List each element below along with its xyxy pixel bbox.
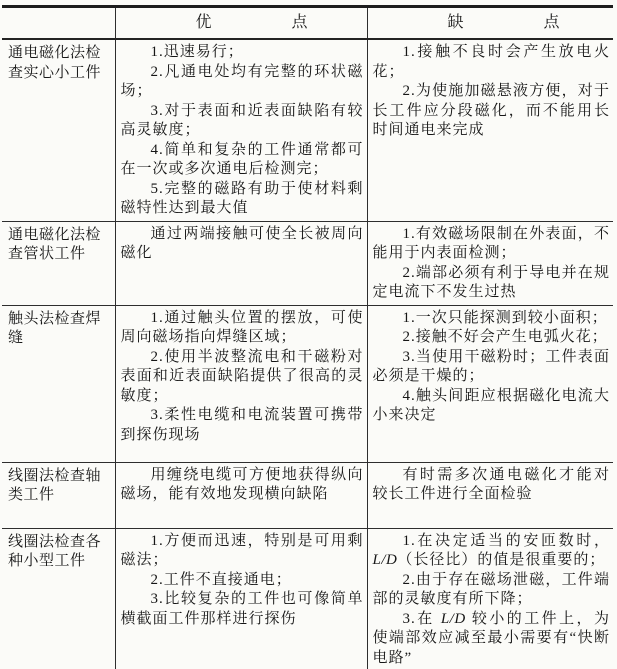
advantage-item: 5.完整的磁路有助于使材料剩磁特性达到最大值 — [121, 180, 364, 219]
advantages-cell: 用缠绕电缆可方便地获得纵向磁场，能有效地发现横向缺陷 — [115, 462, 367, 528]
advantage-item: 1.方便而迅速，特别是可用剩磁法； — [121, 532, 364, 571]
advantage-item: 通过两端接触可使全长被周向磁化 — [121, 225, 364, 264]
table-row-small-various-workpieces: 线圈法检查各种小型工件 1.方便而迅速，特别是可用剩磁法； 2.工件不直接通电；… — [2, 528, 613, 669]
header-advantages-cell: 优点 — [115, 7, 367, 40]
scanned-document-page: 优点 缺点 通电磁化法检查实心小工件 1.迅速易行； 2.凡通电处均有完整的环状… — [0, 0, 617, 669]
table-row-tubular-workpieces: 通电磁化法检查管状工件 通过两端接触可使全长被周向磁化 1.有效磁场限制在外表面… — [2, 221, 613, 305]
method-label: 通电磁化法检查实心小工件 — [8, 44, 114, 83]
method-cell: 通电磁化法检查实心小工件 — [2, 39, 115, 221]
advantage-item: 用缠绕电缆可方便地获得纵向磁场，能有效地发现横向缺陷 — [121, 466, 364, 505]
advantage-item: 3.柔性电缆和电流装置可携带到探伤现场 — [121, 406, 364, 445]
advantage-item: 2.使用半波整流电和干磁粉对表面和近表面缺陷提供了很高的灵敏度； — [121, 348, 364, 407]
disadvantage-item: 有时需多次通电磁化才能对较长工件进行全面检验 — [373, 466, 611, 505]
disadvantages-cell: 1.接触不良时会产生放电火花； 2.为使施加磁悬液方便，对于长工件应分段磁化，而… — [367, 39, 613, 221]
disadvantage-item: 3.当使用干磁粉时；工件表面必须是干燥的； — [373, 348, 611, 387]
table-header-row: 优点 缺点 — [2, 7, 613, 40]
method-label: 线圈法检查轴类工件 — [8, 467, 114, 506]
advantages-cell: 1.通过触头位置的摆放，可使周向磁场指向焊缝区域； 2.使用半波整流电和干磁粉对… — [115, 305, 367, 462]
disadvantage-item: 4.触头间距应根据磁化电流大小来决定 — [373, 387, 611, 426]
advantage-item: 3.比较复杂的工件也可像简单横截面工件那样进行探伤 — [121, 590, 364, 629]
advantages-cell: 通过两端接触可使全长被周向磁化 — [115, 221, 367, 305]
disadvantages-cell: 有时需多次通电磁化才能对较长工件进行全面检验 — [367, 462, 613, 528]
method-label: 线圈法检查各种小型工件 — [8, 533, 114, 572]
disadvantage-item: 1.在决定适当的安匝数时，L/D（长径比）的值是很重要的； — [373, 532, 611, 571]
method-cell: 线圈法检查轴类工件 — [2, 462, 115, 528]
advantage-item: 1.通过触头位置的摆放，可使周向磁场指向焊缝区域； — [121, 309, 364, 348]
disadvantages-cell: 1.一次只能探测到较小面积； 2.接触不好会产生电弧火花； 3.当使用干磁粉时；… — [367, 305, 613, 462]
disadvantage-item: 1.有效磁场限制在外表面，不能用于内表面检测； — [373, 225, 611, 264]
table-row-weld-seams: 触头法检查焊缝 1.通过触头位置的摆放，可使周向磁场指向焊缝区域； 2.使用半波… — [2, 305, 613, 462]
method-cell: 线圈法检查各种小型工件 — [2, 528, 115, 669]
advantage-item: 2.凡通电处均有完整的环状磁场； — [121, 63, 364, 102]
advantage-item: 4.简单和复杂的工件通常都可在一次或多次通电后检测完； — [121, 141, 364, 180]
method-cell: 通电磁化法检查管状工件 — [2, 221, 115, 305]
disadvantages-cell: 1.在决定适当的安匝数时，L/D（长径比）的值是很重要的； 2.由于存在磁场泄磁… — [367, 528, 613, 669]
advantages-header-label: 优点 — [116, 13, 368, 33]
disadvantage-item: 1.接触不良时会产生放电火花； — [373, 43, 611, 82]
disadvantage-item: 2.为使施加磁悬液方便，对于长工件应分段磁化，而不能用长时间通电来完成 — [373, 82, 611, 141]
disadvantage-item: 3.在 L/D 较小的工件上，为使端部效应减至最小需要有“快断电路” — [373, 610, 611, 669]
advantage-item: 2.工件不直接通电； — [121, 571, 364, 591]
disadvantage-item: 2.接触不好会产生电弧火花； — [373, 328, 611, 348]
advantages-cell: 1.方便而迅速，特别是可用剩磁法； 2.工件不直接通电； 3.比较复杂的工件也可… — [115, 528, 367, 669]
disadvantage-item: 1.一次只能探测到较小面积； — [373, 309, 611, 329]
method-cell: 触头法检查焊缝 — [2, 305, 115, 462]
disadvantages-header-label: 缺点 — [368, 13, 614, 33]
method-label: 触头法检查焊缝 — [8, 310, 114, 349]
magnetization-methods-comparison-table: 优点 缺点 通电磁化法检查实心小工件 1.迅速易行； 2.凡通电处均有完整的环状… — [2, 5, 613, 669]
table-row-shaft-workpieces: 线圈法检查轴类工件 用缠绕电缆可方便地获得纵向磁场，能有效地发现横向缺陷 有时需… — [2, 462, 613, 528]
advantages-cell: 1.迅速易行； 2.凡通电处均有完整的环状磁场； 3.对于表面和近表面缺陷有较高… — [115, 39, 367, 221]
disadvantage-item: 2.由于存在磁场泄磁，工件端部的灵敏度有所下降； — [373, 571, 611, 610]
disadvantages-cell: 1.有效磁场限制在外表面，不能用于内表面检测； 2.端部必须有利于导电并在规定电… — [367, 221, 613, 305]
method-label: 通电磁化法检查管状工件 — [8, 226, 114, 265]
advantage-item: 1.迅速易行； — [121, 43, 364, 63]
header-method-cell — [2, 7, 115, 40]
advantage-item: 3.对于表面和近表面缺陷有较高灵敏度； — [121, 102, 364, 141]
table-row-solid-small-workpieces: 通电磁化法检查实心小工件 1.迅速易行； 2.凡通电处均有完整的环状磁场； 3.… — [2, 39, 613, 221]
header-disadvantages-cell: 缺点 — [367, 7, 613, 40]
disadvantage-item: 2.端部必须有利于导电并在规定电流下不发生过热 — [373, 264, 611, 303]
